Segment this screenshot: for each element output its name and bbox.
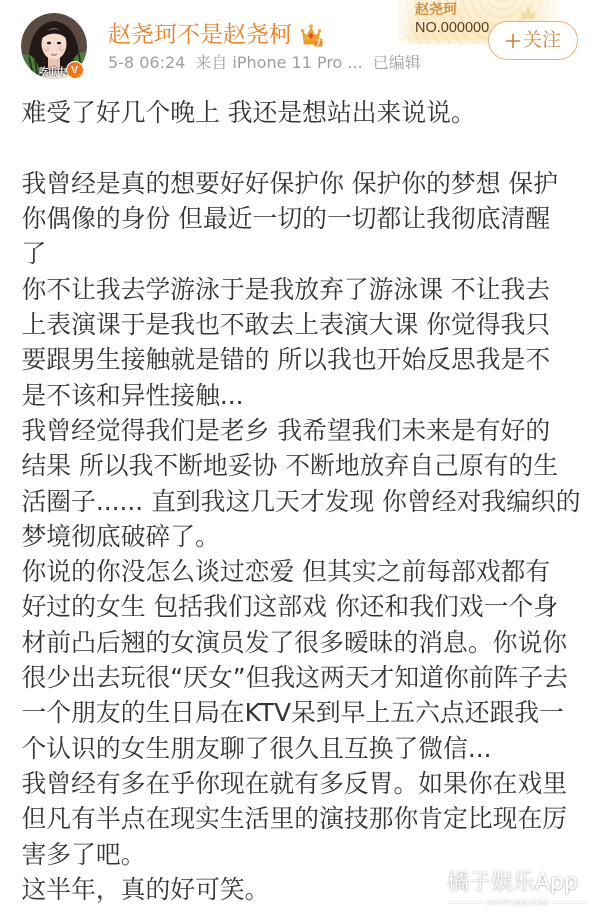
post-source[interactable]: 来自 iPhone 11 Pro ... — [195, 53, 362, 72]
avatar-pendant-text: 吃瓜中 — [39, 67, 66, 78]
post-meta: 5-8 06:24来自 iPhone 11 Pro ...已编辑 — [108, 53, 421, 73]
verified-badge-icon: V — [66, 61, 84, 79]
watermark-brand: 橘子娱乐App — [447, 870, 578, 896]
vip-crown-icon[interactable]: 7 — [299, 23, 323, 47]
text-line: 你偶像的身份 但最近一切的一切都让我彻底清醒 — [22, 201, 592, 236]
watermark-domain: HAPPYJUZI.COM — [448, 898, 586, 907]
svg-text:7: 7 — [316, 39, 321, 48]
text-line: 我曾经有多在乎你现在就有多反胃。如果你在戏里 — [22, 766, 592, 801]
text-line: 你不让我去学游泳于是我放弃了游泳课 不让我去 — [22, 272, 592, 307]
weibo-post: 吃瓜中 V 赵尧珂不是赵尧柯 7 5-8 06:24来自 iPhone 11 P… — [0, 0, 600, 924]
paragraph: 你说的你没怎么谈过恋爱 但其实之前每部戏都有 好过的女生 包括我们这部戏 你还和… — [22, 554, 592, 766]
text-line: 我曾经觉得我们是老乡 我希望我们未来是有好的 — [22, 413, 592, 448]
follow-button-label: 关注 — [523, 30, 561, 52]
text-line: 害多了吧。 — [22, 837, 592, 872]
text-line: 活圈子...... 直到我这几天才发现 你曾经对我编织的 — [22, 484, 592, 519]
text-line: 材前凸后翘的女演员发了很多暧昧的消息。你说你 — [22, 625, 592, 660]
paragraph: 我曾经有多在乎你现在就有多反胃。如果你在戏里 但凡有半点在现实生活里的演技那你肯… — [22, 766, 592, 872]
watermark-domain-text: HAPPYJUZI.COM — [486, 898, 548, 907]
follow-button[interactable]: 关注 — [488, 21, 578, 60]
watermark-divider — [551, 902, 586, 903]
fan-card-name: 赵尧珂 — [415, 2, 457, 19]
post-time: 5-8 06:24 — [108, 53, 185, 72]
crown-icon — [519, 6, 537, 22]
author-name[interactable]: 赵尧珂不是赵尧柯 — [108, 21, 292, 49]
text-line: 上表演课于是我也不敢去上表演大课 你觉得我只 — [22, 307, 592, 342]
fan-card-number: NO.000000 — [415, 20, 489, 37]
text-line: 很少出去玩很“厌女”但我这两天才知道你前阵子去 — [22, 660, 592, 695]
watermark-divider — [448, 902, 483, 903]
paragraph: 我曾经觉得我们是老乡 我希望我们未来是有好的 结果 所以我不断地妥协 不断地放弃… — [22, 413, 592, 554]
text-line: 但凡有半点在现实生活里的演技那你肯定比现在厉 — [22, 801, 592, 836]
text-line: 结果 所以我不断地妥协 不断地放弃自己原有的生 — [22, 448, 592, 483]
text-line: 一个朋友的生日局在KTV呆到早上五六点还跟我一 — [22, 695, 592, 730]
edited-label[interactable]: 已编辑 — [373, 53, 421, 72]
avatar[interactable]: 吃瓜中 V — [21, 13, 87, 79]
paragraph: 你不让我去学游泳于是我放弃了游泳课 不让我去 上表演课于是我也不敢去上表演大课 … — [22, 272, 592, 413]
paragraph: 难受了好几个晚上 我还是想站出来说说。 — [22, 95, 592, 130]
text-line: 梦境彻底破碎了。 — [22, 519, 592, 554]
text-line: 难受了好几个晚上 我还是想站出来说说。 — [22, 95, 592, 130]
plus-icon — [505, 33, 521, 49]
paragraph: 我曾经是真的想要好好保护你 保护你的梦想 保护 你偶像的身份 但最近一切的一切都… — [22, 166, 592, 272]
text-line: 个认识的女生朋友聊了很久且互换了微信... — [22, 731, 592, 766]
text-line: 好过的女生 包括我们这部戏 你还和我们戏一个身 — [22, 589, 592, 624]
text-line: 了 — [22, 236, 592, 271]
text-line: 你说的你没怎么谈过恋爱 但其实之前每部戏都有 — [22, 554, 592, 589]
text-line: 要跟男生接触就是错的 所以我也开始反思我是不 — [22, 342, 592, 377]
text-line: 是不该和异性接触... — [22, 378, 592, 413]
text-line: 我曾经是真的想要好好保护你 保护你的梦想 保护 — [22, 166, 592, 201]
post-content: 难受了好几个晚上 我还是想站出来说说。 我曾经是真的想要好好保护你 保护你的梦想… — [22, 95, 592, 907]
